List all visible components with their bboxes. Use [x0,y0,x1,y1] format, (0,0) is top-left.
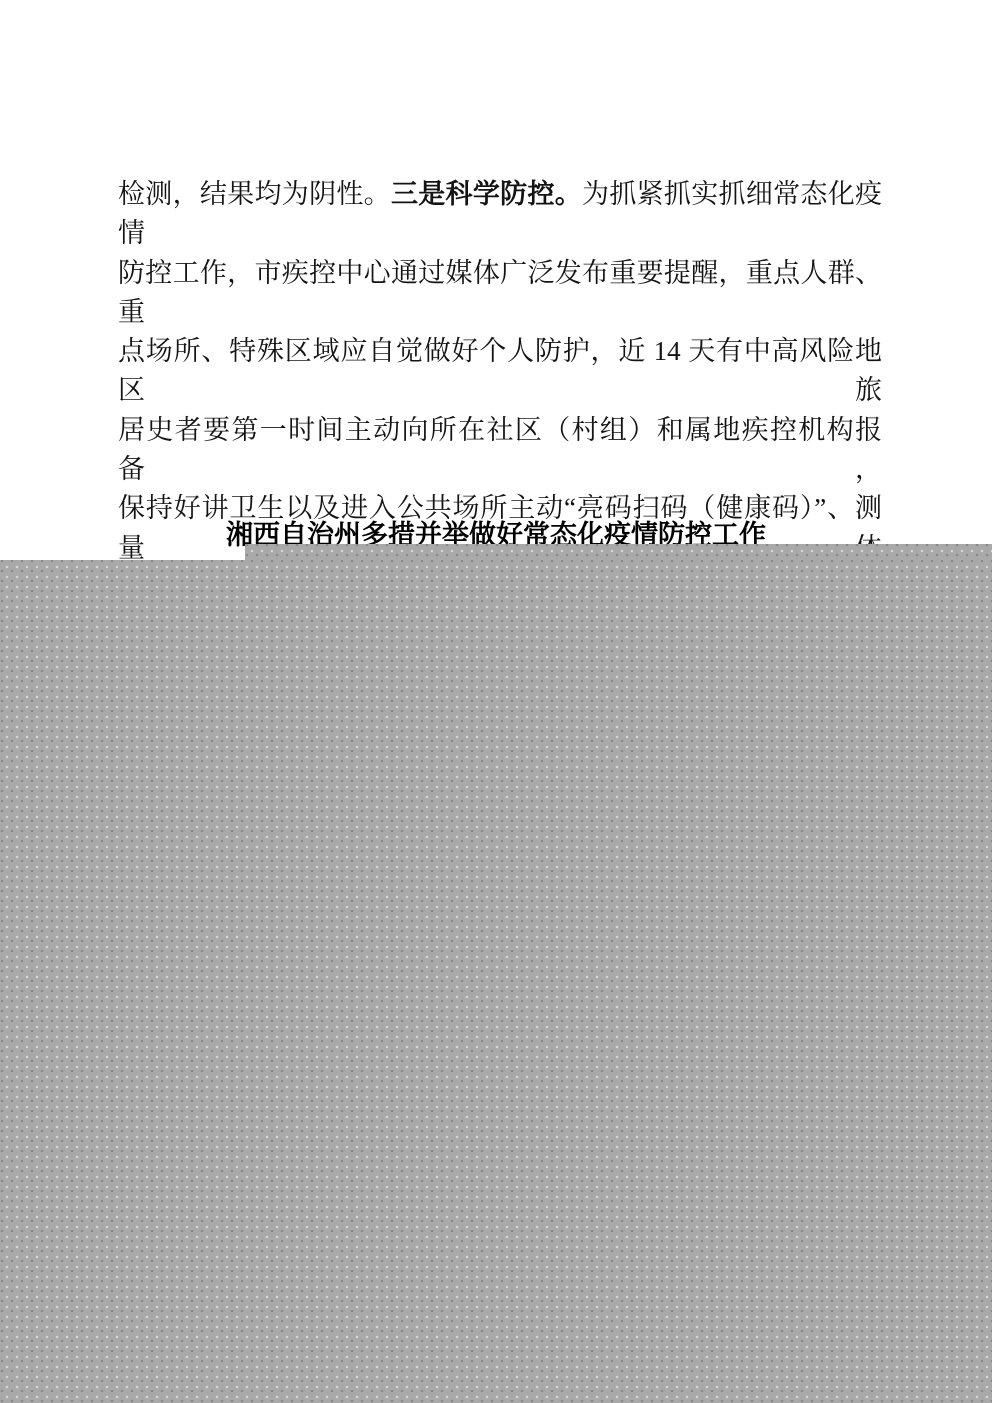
document-page: 检测，结果均为阴性。三是科学防控。为抓紧抓实抓细常态化疫情 防控工作，市疾控中心… [0,0,992,1403]
line1-normal-text: 检测，结果均为阴性。 [118,179,391,209]
paragraph-line-2: 防控工作，市疾控中心通过媒体广泛发布重要提醒，重点人群、重 [118,254,882,333]
paragraph-line-1: 检测，结果均为阴性。三是科学防控。为抓紧抓实抓细常态化疫情 [118,175,882,254]
line1-bold-text: 三是科学防控。 [391,179,582,209]
paragraph-line-3: 点场所、特殊区域应自觉做好个人防护，近 14 天有中高风险地区旅 [118,332,882,411]
gray-placeholder-block-main [0,560,992,1403]
gray-placeholder-block-upper [245,544,992,561]
paragraph-line-4: 居史者要第一时间主动向所在社区（村组）和属地疾控机构报备， [118,411,882,490]
